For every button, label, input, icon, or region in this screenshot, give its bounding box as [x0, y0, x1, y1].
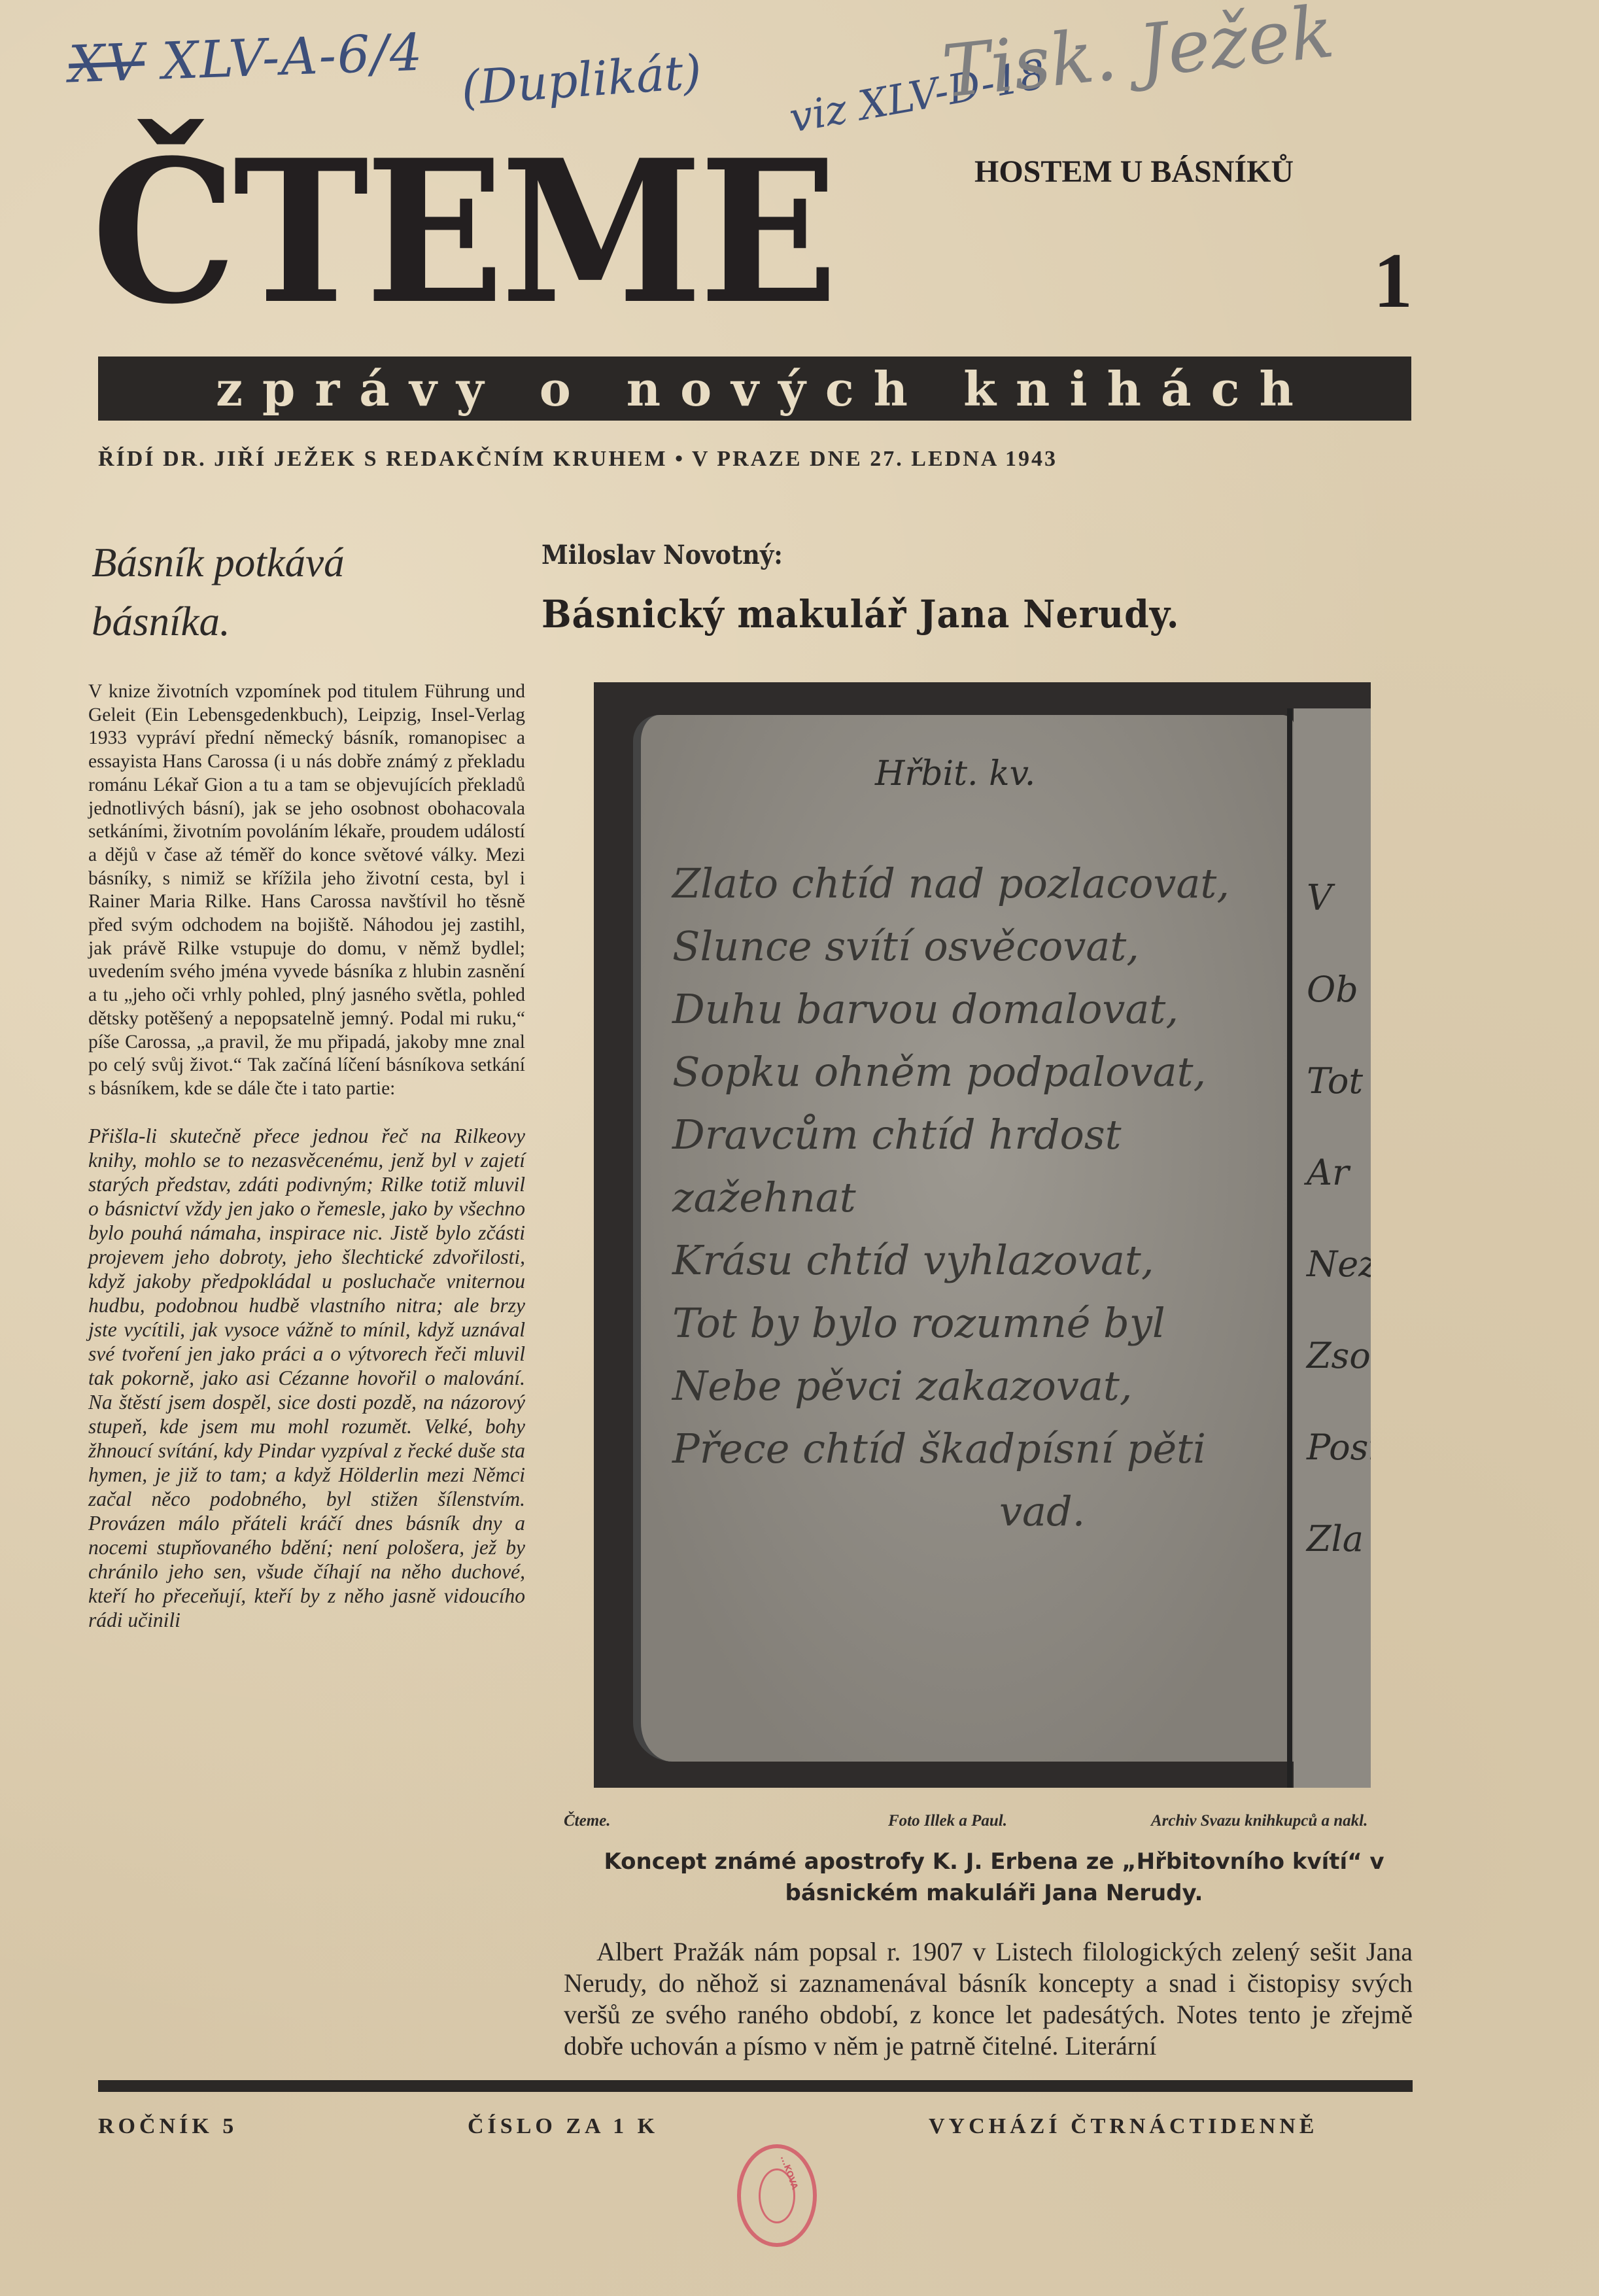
handwritten-line: Přece chtíd škadpísní pěti	[672, 1418, 1248, 1480]
struck-prefix: XV	[68, 33, 146, 94]
article-headline: Básnický makulář Jana Nerudy.	[542, 592, 1180, 636]
left-article-quote: Přišla-li skutečně přece jednou řeč na R…	[88, 1124, 525, 1632]
handwritten-line: Sopku ohněm podpalovat,	[672, 1041, 1248, 1104]
main-article-body: Albert Pražák nám popsal r. 1907 v Liste…	[564, 1936, 1413, 2062]
masthead-title: ČTEME	[92, 134, 834, 330]
photo-caption: Koncept známé apostrofy K. J. Erbena ze …	[569, 1846, 1419, 1909]
series-title: HOSTEM U BÁSNÍKŮ	[974, 154, 1294, 190]
masthead-banner: zprávy o nových knihách	[98, 357, 1411, 421]
notebook-spine	[1287, 708, 1292, 1788]
call-number: XLV-A-6/4	[161, 24, 424, 92]
editor-dateline: ŘÍDÍ DR. JIŘÍ JEŽEK S REDAKČNÍM KRUHEM •…	[98, 447, 1413, 472]
handwritten-line: Duhu barvou domalovat,	[672, 978, 1248, 1041]
left-article-intro: V knize životních vzpomínek pod titulem …	[88, 680, 525, 1101]
handwritten-line: Dravcům chtíd hrdost zažehnat	[672, 1104, 1248, 1229]
handwritten-line: Krásu chtíd vyhlazovat,	[672, 1229, 1248, 1292]
handwritten-right-line: Ob	[1307, 944, 1371, 1035]
footer-frequency: VYCHÁZÍ ČTRNÁCTIDENNĚ	[929, 2114, 1318, 2139]
manuscript-photo: Hřbit. kv. Zlato chtíd nad pozlacovat, S…	[594, 682, 1371, 1788]
handwritten-right-line: Posi	[1307, 1402, 1371, 1493]
left-article-body: V knize životních vzpomínek pod titulem …	[88, 680, 525, 1632]
handwritten-right-line: Zso	[1307, 1310, 1371, 1402]
handwritten-line: Nebe pěvci zakazovat,	[672, 1355, 1248, 1418]
library-stamp-icon: ...KOVA	[737, 2144, 817, 2247]
handwritten-right-line: Nez	[1307, 1219, 1371, 1310]
pencil-annotation: Tisk. Ježek	[938, 0, 1338, 114]
handwritten-line: Tot by bylo rozumné byl	[672, 1292, 1248, 1355]
banner-text: zprávy o nových knihách	[196, 361, 1313, 417]
article-author: Miloslav Novotný:	[542, 540, 783, 570]
handwritten-right-line: V	[1307, 852, 1371, 944]
left-article-heading: Básník potkává básníka.	[92, 533, 458, 651]
footer-price: ČÍSLO ZA 1 K	[468, 2114, 659, 2139]
photo-credit-photographer: Foto Illek a Paul.	[888, 1812, 1007, 1830]
call-number-annotation: XV XLV-A-6/4	[68, 24, 424, 95]
photo-credit-source: Čteme.	[564, 1812, 611, 1830]
handwritten-line: Zlato chtíd nad pozlacovat,	[672, 852, 1248, 915]
footer-rule	[98, 2080, 1413, 2092]
footer-volume: ROČNÍK 5	[98, 2114, 237, 2139]
handwritten-right-line: Zla	[1307, 1493, 1371, 1585]
duplicate-annotation: (Duplikát)	[460, 44, 704, 115]
handwritten-poem: Zlato chtíd nad pozlacovat, Slunce svítí…	[672, 852, 1248, 1543]
left-heading-line-2: básníka.	[92, 592, 458, 651]
handwritten-right-line: Ar	[1307, 1127, 1371, 1219]
issue-number: 1	[1373, 235, 1413, 326]
handwritten-line: vad.	[672, 1480, 1248, 1543]
photo-credit-archive: Archiv Svazu knihkupců a nakl.	[1151, 1812, 1367, 1830]
handwritten-right-page: V Ob Tot Ar Nez Zso Posi Zla	[1307, 852, 1371, 1585]
left-heading-line-1: Básník potkává	[92, 533, 458, 592]
handwritten-title: Hřbit. kv.	[875, 754, 1035, 793]
handwritten-line: Slunce svítí osvěcovat,	[672, 915, 1248, 978]
handwritten-right-line: Tot	[1307, 1035, 1371, 1127]
